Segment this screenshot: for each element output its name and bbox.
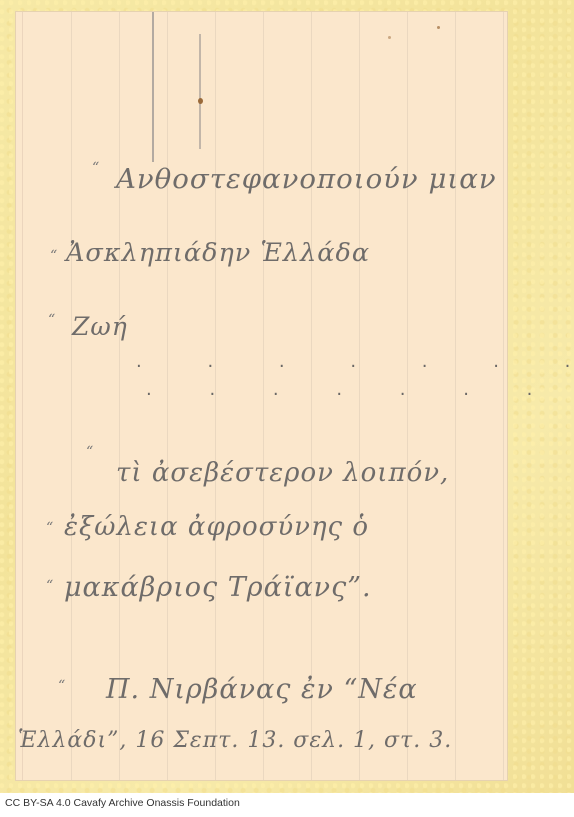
ellipsis-row-1: · · · · · · · [136, 356, 574, 377]
opening-quote: “ [46, 578, 53, 594]
ellipsis-row-2: · · · · · · · · · [146, 384, 574, 405]
manuscript-citation: Ἑλλάδι”, 16 Σεπτ. 13. σελ. 1, στ. 3. [18, 728, 452, 753]
manuscript-line-5: ἐξώλεια ἀφροσύνης ὁ [64, 512, 369, 542]
opening-quote: “ [50, 248, 57, 264]
manuscript-sheet: “ Ανθοστεφανοποιούν μιαν “ Ἀσκληπιάδην Ἑ… [15, 11, 508, 781]
opening-quote: “ [92, 160, 99, 176]
opening-quote: “ [48, 312, 55, 328]
ink-stain [388, 36, 391, 39]
manuscript-attribution: Π. Νιρβάνας ἐν “Νέα [106, 674, 418, 705]
pencil-stroke-mark [199, 34, 201, 149]
manuscript-line-4: τὶ ἀσεβέστερον λοιπόν, [116, 458, 449, 488]
ink-stain [437, 26, 440, 29]
manuscript-line-6: μακάβριος Τράϊανς”. [64, 572, 372, 603]
ink-stain [198, 98, 203, 104]
manuscript-line-1: Ανθοστεφανοποιούν μιαν [116, 164, 497, 195]
manuscript-line-2: Ἀσκληπιάδην Ἑλλάδα [66, 238, 370, 267]
license-credit: CC BY-SA 4.0 Cavafy Archive Onassis Foun… [5, 797, 240, 809]
pencil-stroke-mark [152, 12, 154, 162]
manuscript-line-3: Ζωή [72, 312, 128, 341]
opening-quote: “ [86, 444, 93, 460]
opening-quote: “ [58, 678, 65, 694]
opening-quote: “ [46, 520, 53, 536]
